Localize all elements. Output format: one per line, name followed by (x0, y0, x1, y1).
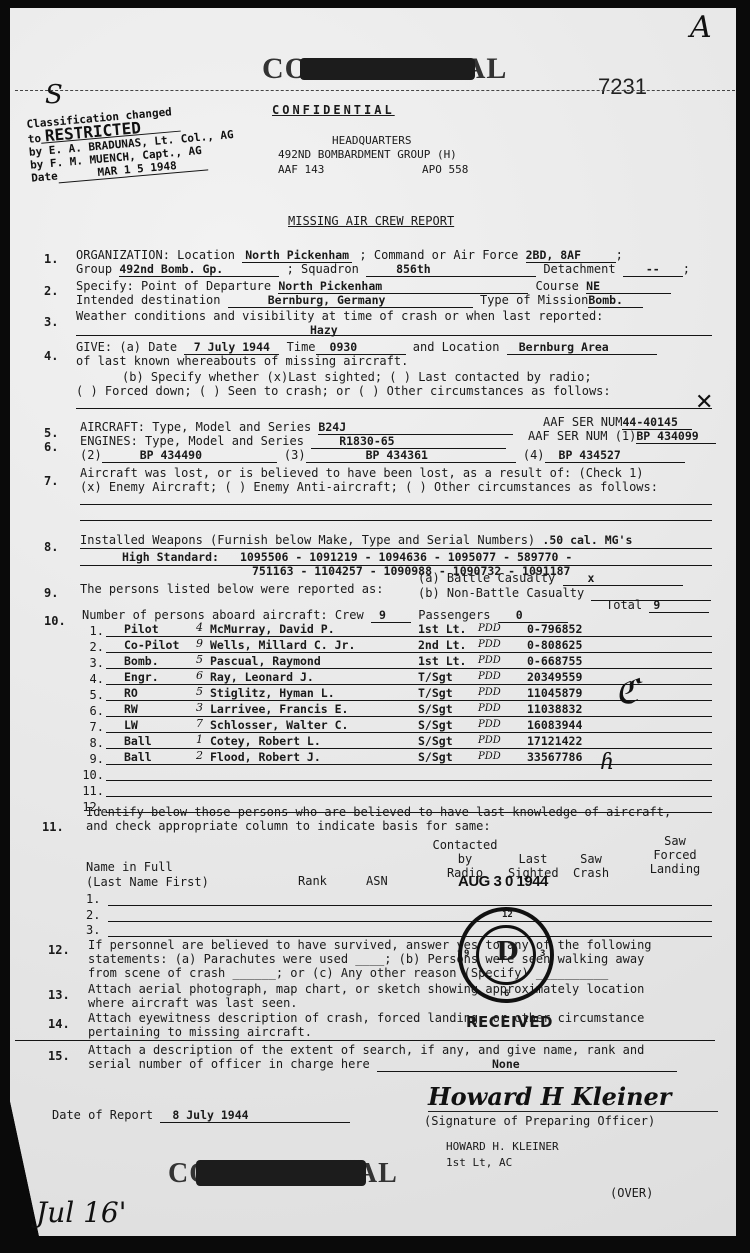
crew-row-number: 6. (80, 704, 104, 718)
item-number: 2. (44, 284, 58, 298)
crew-position: Bomb. (124, 654, 159, 668)
crew-status: PDD (478, 654, 501, 668)
crew-handwritten-number: 7 (196, 717, 203, 731)
crew-rank: T/Sgt (418, 670, 453, 684)
weapon-serials-1: 1095506 - 1091219 - 1094636 - 1095077 - … (240, 550, 572, 564)
circumstances-text: ( ) Forced down; ( ) Seen to crash; or (… (76, 384, 611, 398)
crew-rank: S/Sgt (418, 702, 453, 716)
item-number: 14. (48, 1017, 70, 1031)
organization-label: ORGANIZATION: Location (76, 248, 235, 262)
witness-row-number: 2. (86, 908, 100, 922)
signature-label: (Signature of Preparing Officer) (424, 1114, 655, 1128)
report-date-label: Date of Report (52, 1108, 153, 1122)
rule (80, 504, 712, 505)
crew-name: Larrivee, Francis E. (210, 702, 348, 716)
crew-name: Schlosser, Walter C. (210, 718, 348, 732)
crew-row-number: 11. (80, 784, 104, 798)
document-number: 7231 (598, 74, 647, 100)
course-label: Course (536, 279, 579, 293)
crew-status: PDD (478, 702, 501, 716)
engine-serial-label: AAF SER NUM (1) (528, 429, 636, 443)
stamp-hour: 12 (502, 910, 513, 920)
item-number: 3. (44, 315, 58, 329)
crew-handwritten-number: 5 (196, 653, 203, 667)
date-label: Date (31, 169, 59, 184)
group-field: 492nd Bomb. Gp. (119, 262, 279, 277)
crew-handwritten-number: 6 (196, 669, 203, 683)
eyewitness-text-1: Attach eyewitness description of crash, … (88, 1011, 644, 1025)
crew-row-number: 4. (80, 672, 104, 686)
crew-rank: T/Sgt (418, 686, 453, 700)
crew-rank: 1st Lt. (418, 622, 466, 636)
item-number: 5. (44, 426, 58, 440)
destination-row: Intended destination Bernburg, Germany T… (76, 293, 643, 308)
crew-row-number: 10. (80, 768, 104, 782)
total-label: Total (606, 598, 642, 612)
col-name-sub-label: (Last Name First) (86, 875, 209, 890)
redaction-bar-bottom (196, 1160, 366, 1186)
specify-text: (b) Specify whether (x)Last sighted; ( )… (122, 370, 592, 384)
item-number: 1. (44, 252, 58, 266)
location-label: and Location (413, 340, 500, 354)
crew-name: Flood, Robert J. (210, 750, 321, 764)
officer-rank: 1st Lt, AC (446, 1156, 512, 1170)
engines-row: ENGINES: Type, Model and Series R1830-65 (80, 434, 506, 449)
crew-position: LW (124, 718, 138, 732)
battle-casualty-row: (a) Battle Casualty x (418, 571, 683, 586)
officer-in-charge-field: None (377, 1057, 677, 1072)
engine-type-field: R1830-65 (311, 434, 506, 449)
crew-position: Engr. (124, 670, 159, 684)
crew-asn: 17121422 (527, 734, 582, 748)
crew-position: Ball (124, 750, 152, 764)
crew-handwritten-number: 1 (196, 733, 203, 747)
crew-status: PDD (478, 686, 501, 700)
handwritten-note: Jul 16' (36, 1196, 126, 1229)
last-knowledge-text: Identify below those persons who are bel… (86, 805, 671, 819)
item-number: 9. (44, 586, 58, 600)
crew-name: Cotey, Robert L. (210, 734, 321, 748)
time-label: Time (287, 340, 316, 354)
crew-row-number: 3. (80, 656, 104, 670)
item-number: 6. (44, 440, 58, 454)
received-date-stamp: AUG 3 0 1944 (458, 873, 548, 890)
weather-label: Weather conditions and visibility at tim… (76, 309, 603, 323)
mission-label: Type of Mission (480, 293, 588, 307)
crew-status: PDD (478, 622, 501, 636)
course-field: NE (586, 279, 671, 294)
engine-3-field: BP 434361 (306, 448, 516, 463)
destination-field: Bernburg, Germany (228, 293, 473, 308)
witness-row-number: 3. (86, 923, 100, 937)
crew-asn: 0-808625 (527, 638, 582, 652)
engines-label: ENGINES: Type, Model and Series (80, 434, 304, 448)
group-row: Group 492nd Bomb. Gp. ; Squadron 856th D… (76, 262, 690, 277)
search-text-2: serial number of officer in charge here (88, 1057, 370, 1071)
weapons-label: Installed Weapons (Furnish below Make, T… (80, 533, 535, 547)
crew-status: PDD (478, 670, 501, 684)
headquarters-label: HEADQUARTERS (332, 134, 411, 148)
loss-location-field: Bernburg Area (507, 340, 657, 355)
aaf-number: AAF 143 (278, 163, 324, 177)
witness-row-number: 1. (86, 892, 100, 906)
col-forced-line: Saw (640, 834, 710, 848)
item-number: 15. (48, 1049, 70, 1063)
loss-cause-options: (x) Enemy Aircraft; ( ) Enemy Anti-aircr… (80, 480, 658, 494)
crew-handwritten-number: 9 (196, 637, 203, 651)
handwritten-initials: ℭ (615, 672, 639, 712)
received-stamp-label: RECEIVED (466, 1013, 553, 1031)
crew-position: Co-Pilot (124, 638, 179, 652)
basis-text: and check appropriate column to indicate… (86, 819, 491, 833)
to-label: to (27, 132, 41, 146)
crew-position: Ball (124, 734, 152, 748)
total-row: Total 9 (606, 598, 709, 613)
engine-4-field: BP 434527 (545, 448, 685, 463)
item-number: 8. (44, 540, 58, 554)
crew-status: PDD (478, 638, 501, 652)
officer-name: HOWARD H. KLEINER (446, 1140, 559, 1154)
eyewitness-text-2: pertaining to missing aircraft. (88, 1025, 312, 1039)
serial-label: AAF SER NUM (543, 415, 622, 429)
crew-row-number: 1. (80, 624, 104, 638)
rule (80, 520, 712, 521)
crew-asn: 20349559 (527, 670, 582, 684)
stamp-hour: 9 (464, 949, 469, 959)
crew-rank: S/Sgt (418, 750, 453, 764)
rule (76, 335, 712, 336)
crew-name: Pascual, Raymond (210, 654, 321, 668)
col-radio-line: Contacted (430, 838, 500, 852)
group-heading: 492ND BOMBARDMENT GROUP (H) (278, 148, 457, 162)
total-count: 9 (649, 598, 709, 613)
item-number: 13. (48, 988, 70, 1002)
crew-rank: 2nd Lt. (418, 638, 466, 652)
crew-asn: 11038832 (527, 702, 582, 716)
aircraft-serial: AAF SER NUM44-40145 (543, 415, 692, 430)
passengers-count: 0 (498, 608, 568, 623)
non-battle-casualty-label: (b) Non-Battle Casualty (418, 586, 584, 600)
redaction-bar-top (300, 58, 475, 80)
item-number: 10. (44, 614, 66, 628)
survival-text-2: statements: (a) Parachutes were used ___… (88, 952, 644, 966)
aircraft-label: AIRCRAFT: Type, Model and Series (80, 420, 311, 434)
crew-name: Ray, Leonard J. (210, 670, 314, 684)
squadron-field: 856th (366, 262, 536, 277)
col-rank: Rank (298, 874, 327, 888)
crew-name: McMurray, David P. (210, 622, 335, 636)
stamp-hour: 6 (504, 989, 509, 999)
rule (106, 796, 712, 797)
persons-aboard-row: Number of persons aboard aircraft: Crew … (82, 608, 568, 623)
departure-label: Specify: Point of Departure (76, 279, 271, 293)
col-forced-line: Landing (640, 862, 710, 876)
crew-row-number: 8. (80, 736, 104, 750)
search-text-2-row: serial number of officer in charge here … (88, 1057, 677, 1072)
col-saw-crash: Saw Crash (566, 852, 616, 880)
col-asn: ASN (366, 874, 388, 888)
destination-label: Intended destination (76, 293, 221, 307)
report-date-field: 8 July 1944 (160, 1108, 350, 1123)
passengers-label: Passengers (418, 608, 490, 622)
col-name-in-full: Name in Full (Last Name First) (86, 860, 209, 890)
crew-handwritten-number: 4 (196, 621, 203, 635)
crew-name: Wells, Millard C. Jr. (210, 638, 355, 652)
stamp-hour: 3 (540, 949, 545, 959)
crew-row-number: 5. (80, 688, 104, 702)
rule (106, 780, 712, 781)
crew-position: Pilot (124, 622, 159, 636)
crew-asn: 33567786 (527, 750, 582, 764)
crew-asn: 0-796852 (527, 622, 582, 636)
departure-field: North Pickenham (278, 279, 528, 294)
search-text-1: Attach a description of the extent of se… (88, 1043, 644, 1057)
weapons-row: Installed Weapons (Furnish below Make, T… (80, 533, 632, 547)
location-field: North Pickenham (242, 248, 352, 263)
command-field: 2BD, 8AF (526, 248, 616, 263)
loss-cause-text: Aircraft was lost, or is believed to hav… (80, 466, 644, 480)
report-date-row: Date of Report 8 July 1944 (52, 1108, 350, 1123)
engine-2-label: (2) (80, 448, 102, 462)
crew-rank: S/Sgt (418, 718, 453, 732)
group-label: Group (76, 262, 112, 276)
detachment-label: Detachment (543, 262, 615, 276)
whereabouts-text: of last known whereabouts of missing air… (76, 354, 408, 368)
crew-rank: S/Sgt (418, 734, 453, 748)
col-crash-line: Crash (566, 866, 616, 880)
received-stamp-letter: D (496, 937, 519, 967)
rule (108, 921, 712, 922)
engine-4-label: (4) (523, 448, 545, 462)
item-number: 11. (42, 820, 64, 834)
rule (108, 905, 712, 906)
crew-name: Stiglitz, Hyman L. (210, 686, 335, 700)
col-crash-line: Saw (566, 852, 616, 866)
crew-asn: 0-668755 (527, 654, 582, 668)
rule (15, 1040, 715, 1041)
x-mark: ✕ (695, 390, 713, 415)
item-number: 7. (44, 474, 58, 488)
engine-2-field: BP 434490 (102, 448, 277, 463)
crew-status: PDD (478, 734, 501, 748)
survival-text-1: If personnel are believed to have surviv… (88, 938, 652, 952)
col-saw-forced-landing: Saw Forced Landing (640, 834, 710, 876)
crew-row-number: 9. (80, 752, 104, 766)
handwritten-mark: ɦ (600, 750, 614, 775)
mission-field: Bomb. (588, 293, 643, 308)
reported-as-label: The persons listed below were reported a… (80, 582, 383, 596)
engine-serials-row: (2)BP 434490 (3)BP 434361 (4)BP 434527 (80, 448, 685, 463)
report-title: MISSING AIR CREW REPORT (288, 214, 454, 228)
apo-number: APO 558 (422, 163, 468, 177)
crew-status: PDD (478, 718, 501, 732)
over-label: (OVER) (610, 1186, 653, 1200)
crew-asn: 11045879 (527, 686, 582, 700)
col-forced-line: Forced (640, 848, 710, 862)
crew-position: RW (124, 702, 138, 716)
rule (80, 548, 712, 549)
crew-position: RO (124, 686, 138, 700)
engine-3-label: (3) (284, 448, 306, 462)
detachment-field: -- (623, 262, 683, 277)
aircraft-row: AIRCRAFT: Type, Model and Series B24J (80, 420, 513, 435)
loss-time-field: 0930 (316, 340, 406, 355)
date-label: GIVE: (a) Date (76, 340, 177, 354)
engine-1-field: BP 434099 (636, 429, 716, 444)
engine-serial-1: AAF SER NUM (1)BP 434099 (528, 429, 716, 444)
col-name-label: Name in Full (86, 860, 209, 875)
squadron-label: ; Squadron (287, 262, 359, 276)
aircraft-serial-field: 44-40145 (622, 415, 692, 430)
crew-count: 9 (371, 608, 411, 623)
col-radio-line: by (430, 852, 500, 866)
departure-row: Specify: Point of Departure North Picken… (76, 279, 671, 294)
crew-row-number: 7. (80, 720, 104, 734)
crew-status: PDD (478, 750, 501, 764)
margin-mark: S (45, 80, 63, 110)
rule (76, 408, 712, 409)
battle-casualty-field: x (563, 571, 683, 586)
give-row: GIVE: (a) Date 7 July 1944 Time0930 and … (76, 340, 657, 355)
crew-asn: 16083944 (527, 718, 582, 732)
crew-handwritten-number: 2 (196, 749, 203, 763)
confidential-heading: CONFIDENTIAL (272, 103, 395, 117)
attach-photo-text-2: where aircraft was last seen. (88, 996, 298, 1010)
organization-row: ORGANIZATION: Location North Pickenham ;… (76, 248, 623, 263)
corner-mark: A (690, 10, 712, 45)
crew-rank: 1st Lt. (418, 654, 466, 668)
rule (106, 764, 712, 765)
crew-handwritten-number: 3 (196, 701, 203, 715)
crew-row-number: 2. (80, 640, 104, 654)
fold-line (15, 90, 735, 91)
col-sighted-line: Last (508, 852, 558, 866)
crew-handwritten-number: 5 (196, 685, 203, 699)
crew-label: Number of persons aboard aircraft: Crew (82, 608, 364, 622)
aircraft-type-field: B24J (318, 420, 513, 435)
weapon-make: High Standard: (122, 550, 219, 564)
rule (108, 936, 712, 937)
loss-date-field: 7 July 1944 (184, 340, 279, 355)
attach-photo-text-1: Attach aerial photograph, map chart, or … (88, 982, 644, 996)
battle-casualty-label: (a) Battle Casualty (418, 571, 555, 585)
item-number: 12. (48, 943, 70, 957)
command-label: ; Command or Air Force (359, 248, 518, 262)
officer-signature: Howard H Kleiner (428, 1082, 718, 1112)
received-clock-stamp: D 12 3 6 9 (458, 907, 554, 1003)
item-number: 4. (44, 349, 58, 363)
weapon-type: .50 cal. MG's (542, 533, 632, 547)
